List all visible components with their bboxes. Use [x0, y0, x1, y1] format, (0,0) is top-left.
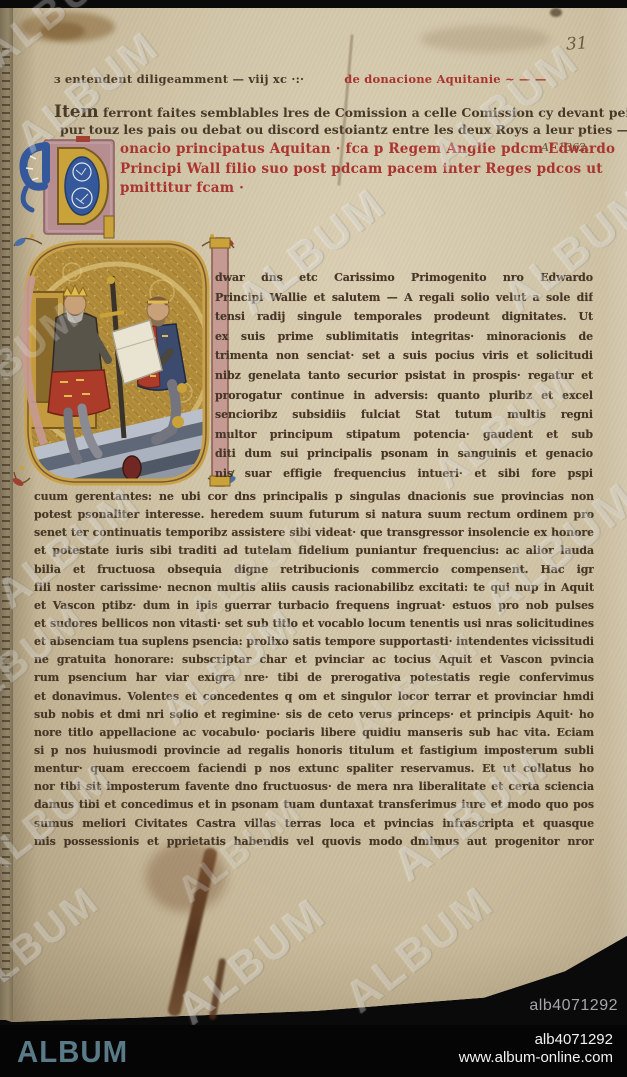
body-text-line: nibz genelata tanto securior psistat in …: [215, 366, 593, 386]
rubric-line: Principi Wall filio suo post pdcam pacem…: [120, 161, 603, 177]
body-text-line: et Vascon ptibz· dum in ipis guerrar tur…: [34, 597, 594, 615]
footer-image-id: alb4071292: [459, 1031, 613, 1049]
body-text-line: dwar dns etc Carissimo Primogenito nro E…: [215, 268, 593, 288]
body-text-line: Principi Wallie et salutem — A regali so…: [215, 288, 593, 308]
header-line-2-initial: Item: [54, 102, 99, 122]
body-text-line: multor principum stipatum potencia· gaud…: [215, 425, 593, 445]
body-text-line: cuum gerentantes: ne ubi cor dns princip…: [34, 488, 594, 506]
body-text-line: nor tibi sit imposterum favente dno fruc…: [34, 778, 594, 796]
body-text-line: mentur· quam ereccoem faciendi p nos ext…: [34, 760, 594, 778]
body-text-line: et donavimus. Volentes et concedentes q …: [34, 688, 594, 706]
body-text-line: nore titlo appellacione ac vocabulo· poc…: [34, 724, 594, 742]
stock-photo-manuscript-page: 31 A° 1362. ɜ entendent diligeamment — v…: [0, 0, 627, 1077]
binding-gutter-previous-page-edge: [0, 8, 13, 1020]
body-text-line: tensi radij singule temporales prodeunt …: [215, 307, 593, 327]
red-pouch: [123, 456, 141, 480]
rubric-line: pmittitur fcam ·: [120, 180, 244, 196]
rubric-line: onacio principatus Aquitan · fca p Regem…: [120, 141, 615, 157]
body-text-line: sumus meliori Civitates Castra villas te…: [34, 815, 594, 833]
body-text-line: sencioribz subsidiis fulciat Stat tutum …: [215, 405, 593, 425]
historiated-initial-miniature: [12, 232, 238, 494]
body-text-line: ne gratuita honorare: subscriptar char e…: [34, 651, 594, 669]
body-text-line: prorogatur continue in adversis: quanto …: [215, 386, 593, 406]
folio-number: 31: [565, 33, 588, 54]
body-text-line: mis possessionis et pprietatis habendis …: [34, 833, 594, 851]
body-text-line: bilia et fructuosa obsequia digne retrib…: [34, 561, 594, 579]
decorated-initial-d: [16, 136, 120, 240]
body-text-line: senet ter continuatis temporibz assister…: [34, 524, 594, 542]
body-text-line: et potestate iuris sibi traditi ad tutel…: [34, 542, 594, 560]
body-text-line: trimenta non senciat· set a suis pocius …: [215, 346, 593, 366]
body-text-line: potest psonaliter interesse. heredem suu…: [34, 506, 594, 524]
footer-website: www.album-online.com: [459, 1049, 613, 1067]
body-text-line: ex suis prime sublimitatis integritas· m…: [215, 327, 593, 347]
header-line-2-text: ferront faites semblables lres de Comiss…: [99, 105, 627, 120]
footer-bar: ALBUM alb4071292 www.album-online.com: [0, 1025, 627, 1077]
body-text-line: et sudores bellicos non vitasti· set sub…: [34, 615, 594, 633]
header-line-2: Item ferront faites semblables lres de C…: [54, 102, 627, 122]
body-text-line: fili noster carissime· necnon multis ali…: [34, 579, 594, 597]
body-text-line: sub nobis et dmi nri solio et regimine· …: [34, 706, 594, 724]
header-line-1-rubric: de donacione Aquitanie ~ — —: [344, 72, 546, 86]
body-text-line: rum psencium har viar exigra nre· tibi d…: [34, 669, 594, 687]
body-text-line: damus tibi et concedimus et in psonam tu…: [34, 796, 594, 814]
body-text-line: nis suar effigie frequencius intueri· et…: [215, 464, 593, 484]
body-text-beside-initial: dwar dns etc Carissimo Primogenito nro E…: [215, 268, 593, 484]
album-logo: ALBUM: [17, 1034, 128, 1070]
body-text-line: et absenciam tua suplens psencia: prolix…: [34, 633, 594, 651]
image-id-watermark: alb4071292: [529, 997, 618, 1015]
header-line-3: pur touz les pais ou debat ou discord es…: [60, 122, 627, 137]
header-line-1: ɜ entendent diligeamment — viij xc ·:·de…: [54, 72, 547, 86]
body-text-full-width: cuum gerentantes: ne ubi cor dns princip…: [34, 488, 594, 851]
body-text-line: diti dum sui principalis psonam in sangu…: [215, 444, 593, 464]
body-text-line: si p nos huiusmodi provincie ad regalis …: [34, 742, 594, 760]
header-line-1-left: ɜ entendent diligeamment — viij xc ·:·: [54, 72, 304, 86]
footer-credit: alb4071292 www.album-online.com: [459, 1031, 613, 1067]
